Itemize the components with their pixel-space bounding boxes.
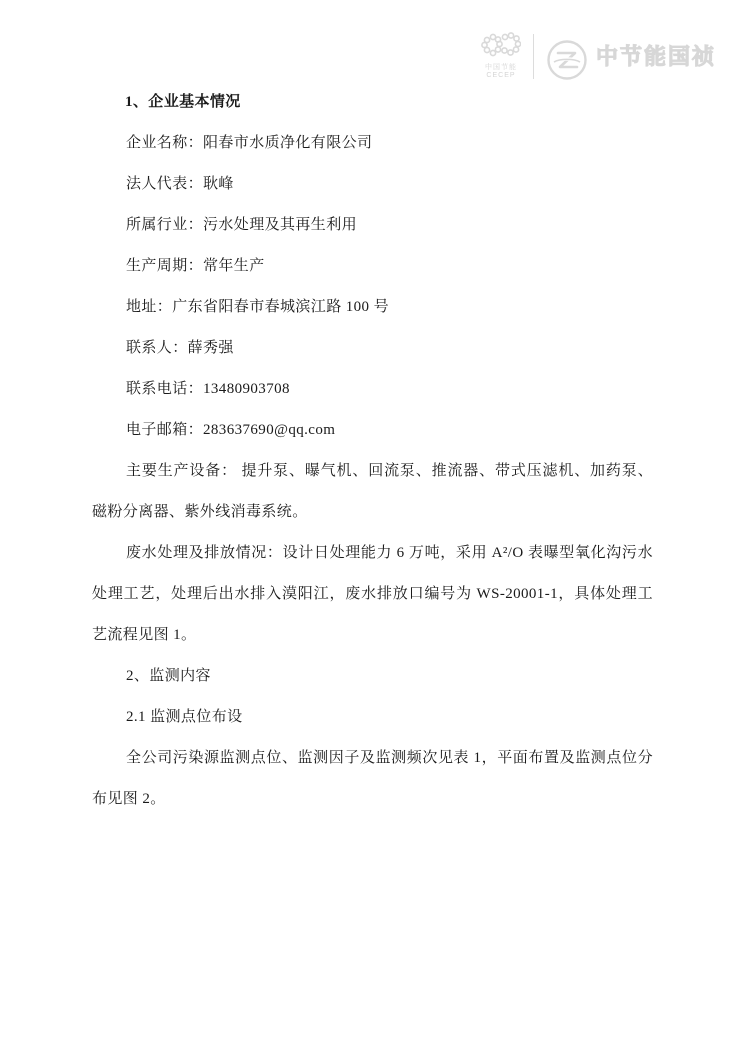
document-body: 1、企业基本情况 企业名称：阳春市水质净化有限公司 法人代表：耿峰 所属行业：污… [0,0,743,820]
info-line-contact-person: 联系人：薛秀强 [92,328,653,369]
document-page: 中国节能 CECEP 中节能国祯 1、企业基本情况 企业名称：阳春市水质净化有限… [0,0,743,1050]
paragraph-monitoring-points: 全公司污染源监测点位、监测因子及监测频次见表 1，平面布置及监测点位分布见图 2… [92,738,653,820]
info-line-industry: 所属行业：污水处理及其再生利用 [92,205,653,246]
section-2-heading: 2、监测内容 [92,656,653,697]
paragraph-main-equipment: 主要生产设备： 提升泵、曝气机、回流泵、推流器、带式压滤机、加药泵、磁粉分离器、… [92,451,653,533]
paragraph-wastewater-treatment: 废水处理及排放情况：设计日处理能力 6 万吨，采用 A²/O 表曝型氧化沟污水处… [92,533,653,656]
info-line-address: 地址：广东省阳春市春城滨江路 100 号 [92,287,653,328]
section-1-heading: 1、企业基本情况 [92,82,653,123]
section-2-1-heading: 2.1 监测点位布设 [92,697,653,738]
info-line-legal-rep: 法人代表：耿峰 [92,164,653,205]
info-line-company-name: 企业名称：阳春市水质净化有限公司 [92,123,653,164]
info-line-production-cycle: 生产周期：常年生产 [92,246,653,287]
info-line-phone: 联系电话：13480903708 [92,369,653,410]
info-line-email: 电子邮箱：283637690@qq.com [92,410,653,451]
